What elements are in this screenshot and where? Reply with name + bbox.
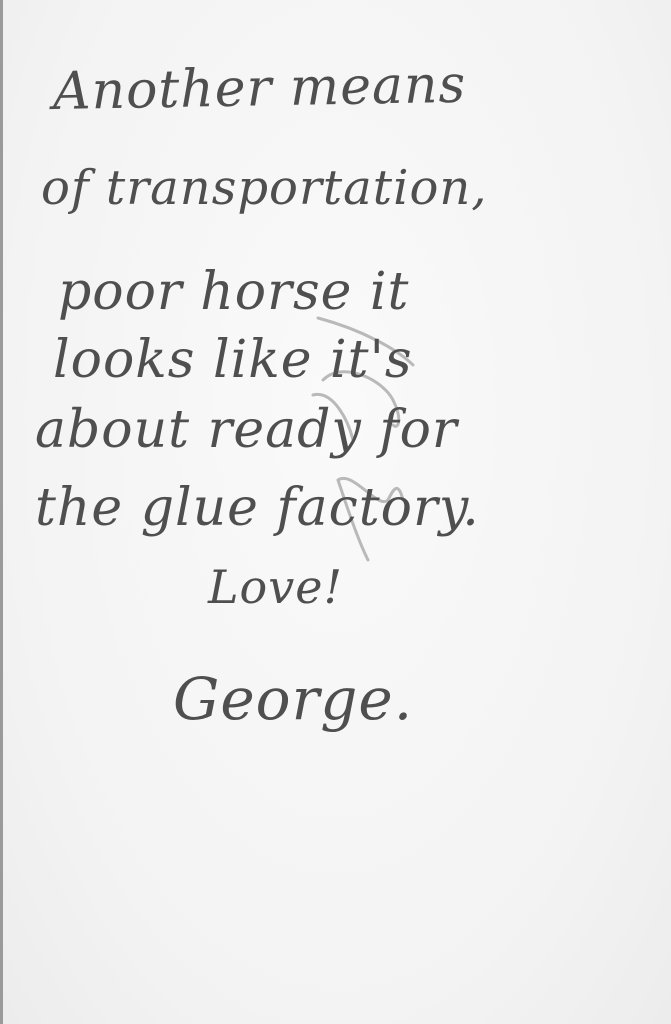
note-closing: Love! — [208, 560, 343, 614]
note-line-3: poor horse it — [58, 262, 409, 322]
note-line-6: the glue factory. — [35, 478, 480, 538]
note-line-2: of transportation, — [41, 160, 488, 216]
note-line-5: about ready for — [35, 400, 458, 460]
handwritten-note-card: Another means of transportation, poor ho… — [0, 0, 671, 1024]
note-line-1: Another means — [52, 55, 466, 122]
note-signature: George. — [173, 665, 413, 733]
note-line-4: looks like it's — [53, 330, 413, 390]
